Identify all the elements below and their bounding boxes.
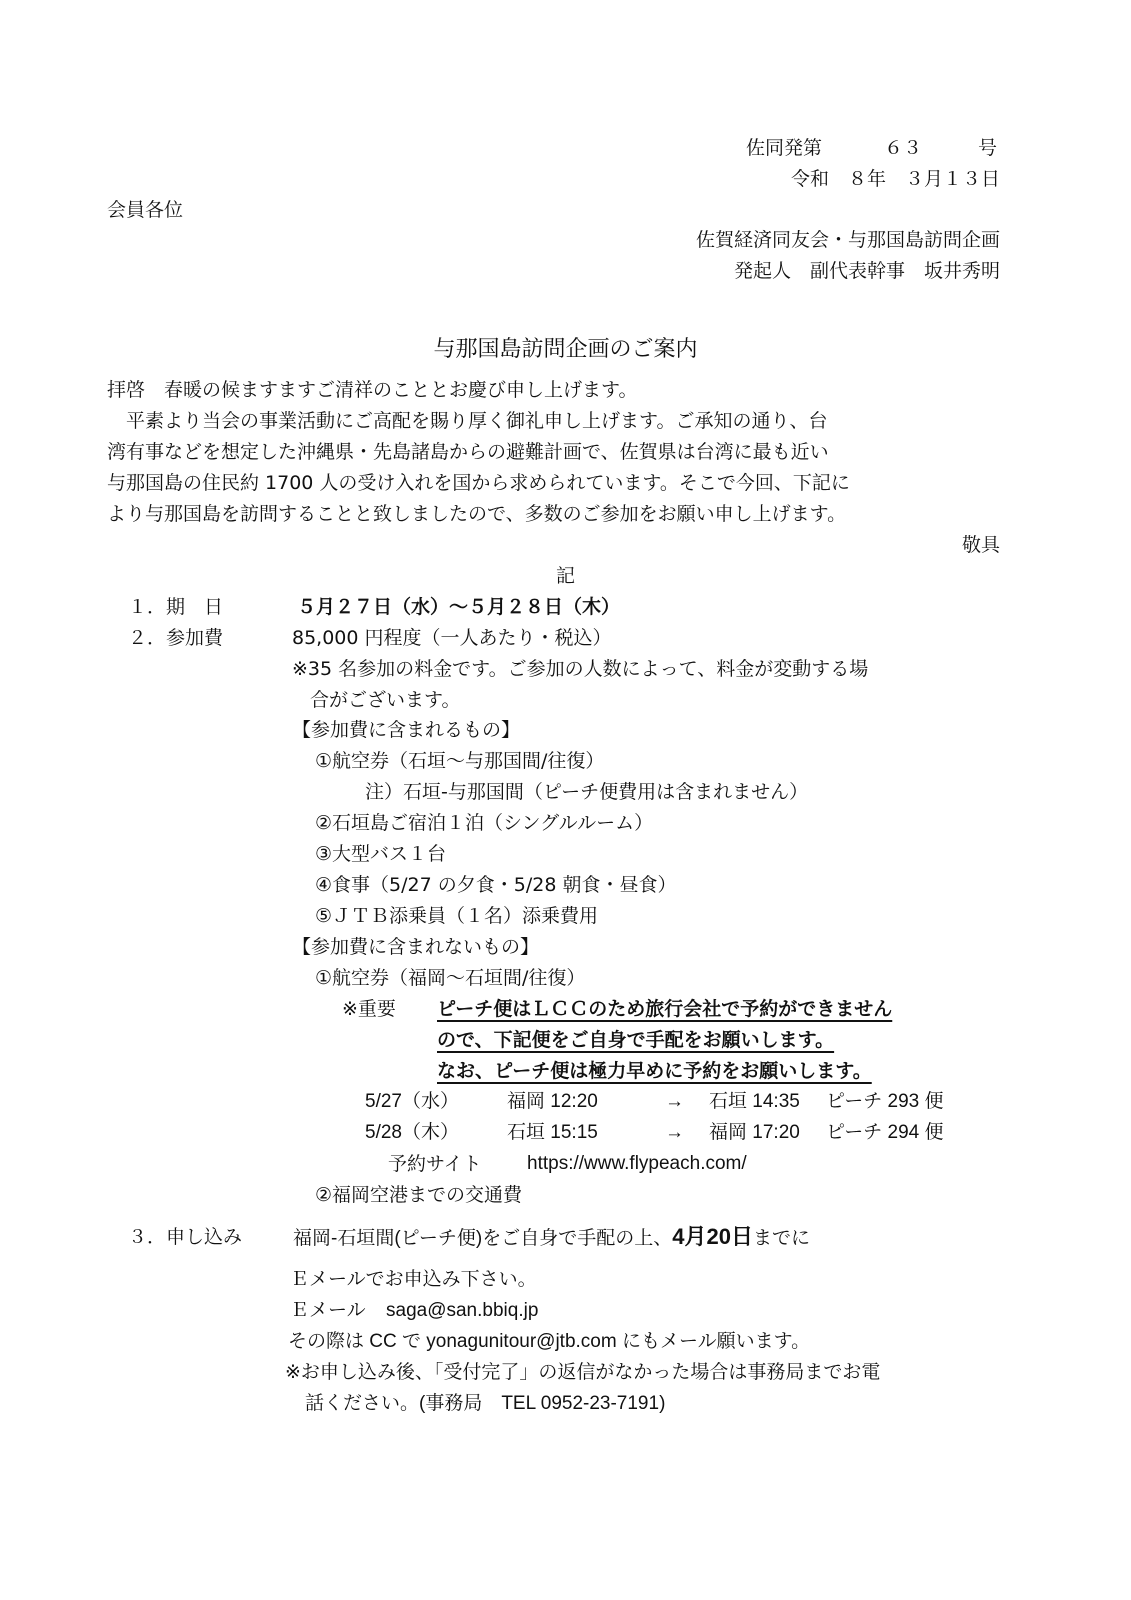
notice-line-cont: 話ください。(事務局 TEL 0952-23-7191) <box>305 1392 665 1416</box>
included-item: ②石垣島ご宿泊１泊（シングルルーム） <box>315 811 653 835</box>
fee-value: 85,000 円程度（一人あたり・税込） <box>292 626 612 650</box>
email-link[interactable]: saga@san.bbiq.jp <box>386 1299 538 1323</box>
application-text-suffix: までに <box>753 1228 810 1249</box>
doc-number-prefix: 佐同発第 <box>746 136 822 160</box>
booking-site-link[interactable]: https://www.flypeach.com/ <box>527 1152 747 1176</box>
application-text: 福岡-石垣間(ピーチ便)をご自身で手配の上、4月20日までに <box>293 1225 810 1251</box>
important-line: ので、下記便をご自身で手配をお願いします。 <box>437 1028 834 1052</box>
excluded-item: ①航空券（福岡～石垣間/往復） <box>315 966 585 990</box>
flight-date: 5/27（水） <box>365 1090 459 1114</box>
arrow-right-icon: → <box>665 1090 684 1114</box>
flight-number: ピーチ 294 便 <box>826 1121 944 1145</box>
dates-value: ５月２７日（水）～５月２８日（木） <box>297 595 620 619</box>
included-note: 注）石垣-与那国間（ピーチ便費用は含まれません） <box>365 780 808 804</box>
page-title: 与那国島訪問企画のご案内 <box>0 338 1131 362</box>
email-request: Ｅメールでお申込み下さい。 <box>290 1268 537 1292</box>
included-item: ⑤ＪＴＢ添乗員（１名）添乗費用 <box>315 904 598 928</box>
paragraph-line: より与那国島を訪問することと致しましたので、多数のご参加をお願い申し上げます。 <box>107 502 846 526</box>
doc-number-suffix: 号 <box>978 136 997 160</box>
flight-date: 5/28（木） <box>365 1121 459 1145</box>
closing: 敬具 <box>962 533 1000 557</box>
flight-to: 福岡 17:20 <box>709 1121 800 1145</box>
application-label: ３．申し込み <box>128 1225 242 1249</box>
cc-email-link[interactable]: yonagunitour@jtb.com <box>426 1331 616 1352</box>
issue-date: 令和 ８年 ３月１３日 <box>791 167 1000 191</box>
flight-from: 福岡 12:20 <box>507 1090 598 1114</box>
paragraph-line: 湾有事などを想定した沖縄県・先島諸島からの避難計画で、佐賀県は台湾に最も近い <box>107 440 829 464</box>
addressee: 会員各位 <box>107 198 183 222</box>
fee-label: ２．参加費 <box>128 626 223 650</box>
paragraph-line: 平素より当会の事業活動にご高配を賜り厚く御礼申し上げます。ご承知の通り、台 <box>107 409 827 433</box>
arrow-right-icon: → <box>665 1121 684 1145</box>
excluded-header: 【参加費に含まれないもの】 <box>292 935 539 959</box>
flight-number: ピーチ 293 便 <box>826 1090 944 1114</box>
sender-person: 発起人 副代表幹事 坂井秀明 <box>734 259 1000 283</box>
doc-number: ６３ <box>884 136 922 160</box>
ki-marker: 記 <box>0 564 1131 588</box>
fee-note-cont: 合がございます。 <box>310 688 460 712</box>
cc-prefix: その際は CC で <box>288 1331 421 1352</box>
greeting: 拝啓 春暖の候ますますご清祥のこととお慶び申し上げます。 <box>107 378 637 402</box>
flight-from: 石垣 15:15 <box>507 1121 598 1145</box>
application-deadline: 4月20日 <box>672 1224 753 1249</box>
application-text-prefix: 福岡-石垣間(ピーチ便)をご自身で手配の上、 <box>293 1228 672 1249</box>
important-line: ピーチ便はＬＣＣのため旅行会社で予約ができません <box>437 997 892 1021</box>
included-item: ④食事（5/27 の夕食・5/28 朝食・昼食） <box>315 873 676 897</box>
paragraph-line: 与那国島の住民約 1700 人の受け入れを国から求められています。そこで今回、下… <box>107 471 850 495</box>
dates-label: １．期 日 <box>128 595 223 619</box>
booking-site-label: 予約サイト <box>388 1152 482 1176</box>
email-label: Ｅメール <box>290 1299 366 1323</box>
cc-suffix: にもメール願います。 <box>622 1331 810 1352</box>
included-item: ③大型バス１台 <box>315 842 446 866</box>
important-label: ※重要 <box>342 997 396 1021</box>
flight-to: 石垣 14:35 <box>709 1090 800 1114</box>
included-item: ①航空券（石垣～与那国間/往復） <box>315 749 604 773</box>
important-line: なお、ピーチ便は極力早めに予約をお願いします。 <box>437 1059 872 1083</box>
sender-organization: 佐賀経済同友会・与那国島訪問企画 <box>696 228 1000 252</box>
notice-line: ※お申し込み後、「受付完了」の返信がなかった場合は事務局までお電 <box>285 1361 880 1385</box>
fee-note: ※35 名参加の料金です。ご参加の人数によって、料金が変動する場 <box>292 657 868 681</box>
cc-line: その際は CC で yonagunitour@jtb.com にもメール願います… <box>288 1330 810 1354</box>
excluded-item: ②福岡空港までの交通費 <box>315 1183 522 1207</box>
included-header: 【参加費に含まれるもの】 <box>292 718 520 742</box>
